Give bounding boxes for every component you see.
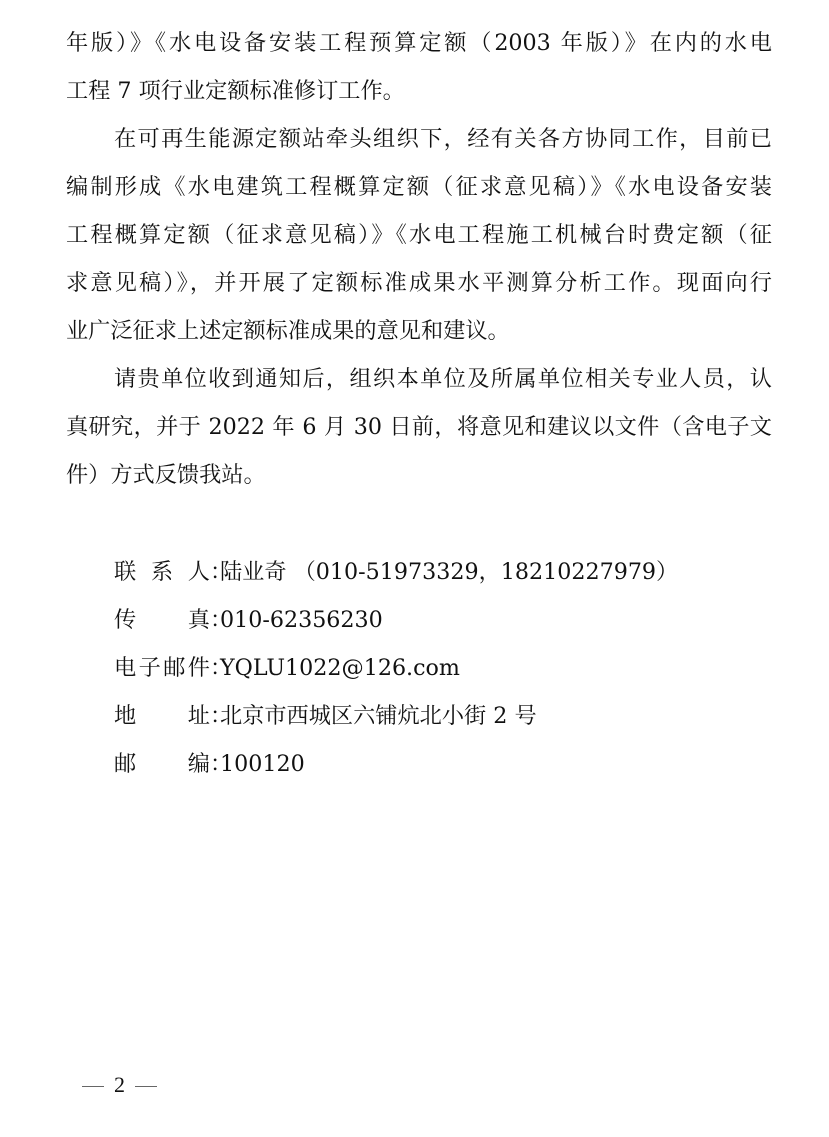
colon: ： bbox=[210, 548, 220, 596]
paragraph-3-line-2: 真研究，并于 2022 年 6 月 30 日前，将意见和建议以文件（含电子文 bbox=[66, 403, 772, 451]
contact-person-label: 联系人 bbox=[114, 548, 210, 596]
dash-right bbox=[135, 1086, 157, 1087]
page-number: 2 bbox=[72, 1070, 167, 1100]
dash-left bbox=[82, 1086, 104, 1087]
contact-fax-value: 010-62356230 bbox=[220, 596, 383, 644]
contact-email-label: 电子邮件 bbox=[114, 644, 210, 692]
colon: ： bbox=[210, 692, 220, 740]
paragraph-3-line-3: 件）方式反馈我站。 bbox=[66, 451, 772, 499]
contact-postcode-value: 100120 bbox=[220, 740, 305, 788]
paragraph-2-line-5: 业广泛征求上述定额标准成果的意见和建议。 bbox=[66, 307, 772, 355]
paragraph-2-line-3: 工程概算定额（征求意见稿）》《水电工程施工机械台时费定额（征 bbox=[66, 211, 772, 259]
contact-fax-label: 传真 bbox=[114, 596, 210, 644]
contact-email: 电子邮件 ： YQLU1022@126.com bbox=[114, 644, 460, 692]
contact-email-value[interactable]: YQLU1022@126.com bbox=[220, 644, 460, 692]
colon: ： bbox=[210, 596, 220, 644]
contact-address-label: 地址 bbox=[114, 692, 210, 740]
paragraph-1-line-1: 年版）》《水电设备安装工程预算定额（2003 年版）》在内的水电 bbox=[66, 19, 772, 67]
contact-fax: 传真 ： 010-62356230 bbox=[114, 596, 383, 644]
contact-address: 地址 ： 北京市西城区六铺炕北小街 2 号 bbox=[114, 692, 537, 740]
paragraph-3-line-1: 请贵单位收到通知后，组织本单位及所属单位相关专业人员，认 bbox=[114, 355, 772, 403]
colon: ： bbox=[210, 740, 220, 788]
paragraph-2-line-2: 编制形成《水电建筑工程概算定额（征求意见稿）》《水电设备安装 bbox=[66, 163, 772, 211]
contact-person-value: 陆业奇 （010-51973329，18210227979） bbox=[220, 548, 678, 596]
contact-postcode-label: 邮编 bbox=[114, 740, 210, 788]
paragraph-1-line-2: 工程 7 项行业定额标准修订工作。 bbox=[66, 67, 772, 115]
page-number-value: 2 bbox=[114, 1072, 125, 1097]
paragraph-2-line-4: 求意见稿）》，并开展了定额标准成果水平测算分析工作。现面向行 bbox=[66, 259, 772, 307]
colon: ： bbox=[210, 644, 220, 692]
contact-person: 联系人 ： 陆业奇 （010-51973329，18210227979） bbox=[114, 548, 678, 596]
contact-postcode: 邮编 ： 100120 bbox=[114, 740, 305, 788]
contact-address-value: 北京市西城区六铺炕北小街 2 号 bbox=[220, 692, 537, 740]
paragraph-2-line-1: 在可再生能源定额站牵头组织下，经有关各方协同工作，目前已 bbox=[114, 115, 772, 163]
